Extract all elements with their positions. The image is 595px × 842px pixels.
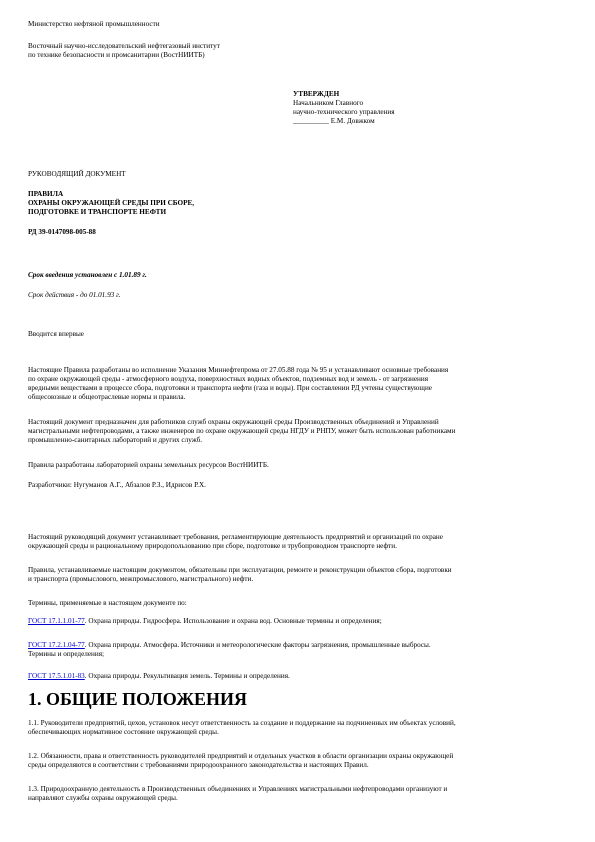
document-type: РУКОВОДЯЩИЙ ДОКУМЕНТ <box>28 170 126 180</box>
first-time-note: Вводится впервые <box>28 330 84 340</box>
paragraph-6-line2: и транспорта (промыслового, межпромыслов… <box>28 575 253 585</box>
institute-name-line2: по технике безопасности и промсанитарии … <box>28 51 205 61</box>
section-heading: 1. ОБЩИЕ ПОЛОЖЕНИЯ <box>28 688 247 710</box>
paragraph-1-line4: общесоюзные и общеотраслевые нормы и пра… <box>28 393 185 403</box>
developers: Разработчики: Нугуманов А.Г., Абзалов Р.… <box>28 481 206 491</box>
paragraph-5-line2: окружающей среды и рациональному природо… <box>28 542 397 552</box>
validity-period: Срок действия - до 01.01.93 г. <box>28 291 121 301</box>
introduction-date: Срок введения установлен с 1.01.89 г. <box>28 271 147 281</box>
paragraph-3: Правила разработаны лабораторией охраны … <box>28 461 269 471</box>
clause-1-3-line2: направляют службы охраны окружающей сред… <box>28 794 178 804</box>
paragraph-2-line3: промышленно-санитарных лабораторий и дру… <box>28 436 202 446</box>
gost-link[interactable]: ГОСТ 17.5.1.01-83 <box>28 672 85 680</box>
reference-item: ГОСТ 17.5.1.01-83. Охрана природы. Рекул… <box>28 672 290 682</box>
reference-text-continued: Термины и определения; <box>28 650 104 660</box>
ministry-name: Министерство нефтяной промышленности <box>28 20 160 30</box>
reference-text: . Охрана природы. Рекультивация земель. … <box>85 672 290 680</box>
clause-1-1-line2: обеспечивающих нормативное состояние окр… <box>28 728 219 738</box>
gost-link[interactable]: ГОСТ 17.2.1.04-77 <box>28 641 85 649</box>
clause-1-2-line2: среды определяются в соответствии с треб… <box>28 761 369 771</box>
document-code: РД 39-0147098-005-88 <box>28 228 96 238</box>
reference-text: . Охрана природы. Атмосфера. Источники и… <box>85 641 431 649</box>
terms-intro: Термины, применяемые в настоящем докумен… <box>28 599 187 609</box>
reference-item: ГОСТ 17.1.1.01-77. Охрана природы. Гидро… <box>28 617 382 627</box>
document-title-line3: ПОДГОТОВКЕ И ТРАНСПОРТЕ НЕФТИ <box>28 208 166 218</box>
gost-link[interactable]: ГОСТ 17.1.1.01-77 <box>28 617 85 625</box>
approval-line3: __________ Е.М. Довжком <box>293 117 375 127</box>
reference-text: . Охрана природы. Гидросфера. Использова… <box>85 617 382 625</box>
